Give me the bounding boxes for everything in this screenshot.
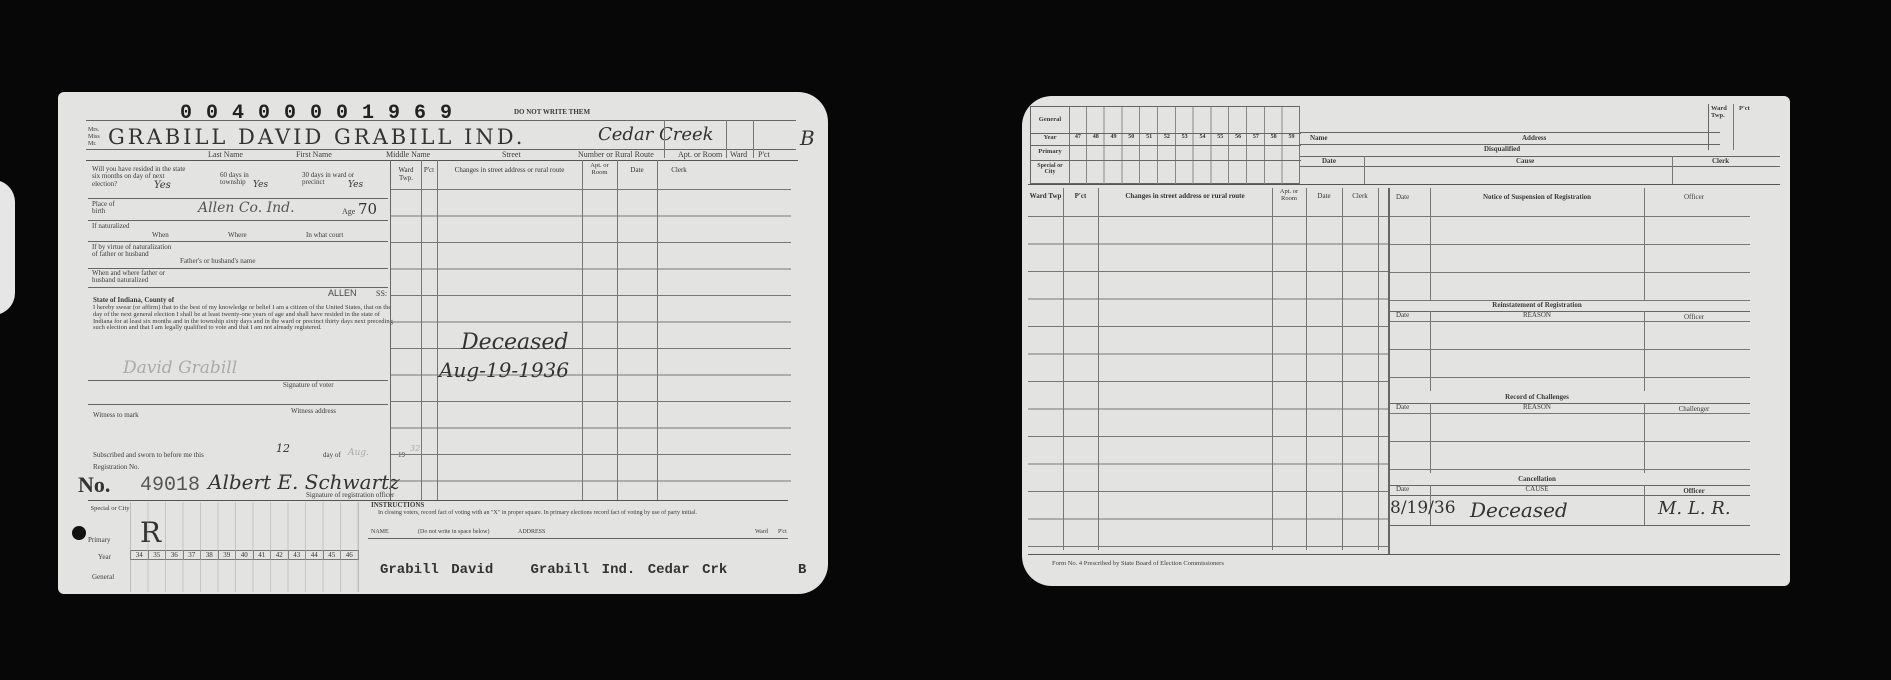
cancellation-officer: M. L. R. — [1658, 498, 1731, 519]
cancellation-cause: Deceased — [1470, 498, 1568, 522]
table-rows — [391, 189, 791, 500]
changes-table-left: Ward Twp. P'ct Changes in street address… — [390, 160, 800, 500]
label-disq-date: Date — [1322, 158, 1336, 165]
suspension-officer-label: Officer — [1644, 194, 1744, 201]
typed-index: Grabill David Grabill Ind. Cedar Crk — [380, 562, 727, 578]
col-ward: Ward Twp. — [391, 166, 421, 182]
father-name-label: Father's or husband's name — [180, 258, 255, 265]
row-label-general: General — [1033, 117, 1067, 124]
row-label-special: Special or City — [1033, 163, 1067, 176]
reinstatement-date-label: Date — [1396, 312, 1409, 319]
label-pct: P'ct — [758, 151, 770, 159]
label-middle-name: Middle Name — [386, 151, 430, 159]
officer-signature-label: Signature of registration officer — [306, 492, 394, 499]
ward-days-answer: Yes — [348, 180, 363, 190]
film-artifact — [0, 180, 15, 315]
deceased-note: Deceased — [461, 330, 569, 355]
father-naturalization-label: If by virtue of naturalization of father… — [92, 244, 172, 259]
label-last-name: Last Name — [208, 151, 243, 159]
voting-grid-lines — [130, 502, 359, 592]
subscribed-text: Subscribed and sworn to before me this — [93, 452, 204, 459]
label-apt: Apt. or Room — [678, 151, 722, 159]
birth-place: Allen Co. Ind. — [198, 200, 295, 216]
suspension-date-label: Date — [1396, 194, 1409, 201]
reinstatement-title: Reinstatement of Registration — [1430, 302, 1644, 309]
naturalized-when: When — [152, 232, 169, 239]
residence-question: Will you have resided in the state six m… — [92, 166, 187, 188]
col-date: Date — [617, 166, 657, 174]
ward-box: Ward Twp. P'ct — [1708, 104, 1760, 150]
row-label-general: General — [92, 574, 114, 581]
affidavit-text: I hereby swear (or affirm) that to the b… — [93, 305, 393, 332]
deceased-date: Aug-19-1936 — [439, 358, 569, 382]
row-label-year: Year — [98, 554, 111, 561]
label-street: Street — [502, 151, 521, 159]
naturalized-court: In what court — [306, 232, 343, 239]
age-label: Age — [342, 208, 355, 216]
cancellation-title: Cancellation — [1430, 476, 1644, 483]
instr-address-label: ADDRESS — [518, 529, 545, 535]
instr-note: (Do not write in space below) — [418, 529, 489, 535]
col-date: Date — [1306, 192, 1342, 200]
witness-address-label: Witness address — [291, 408, 336, 415]
registration-card-back: General Year Primary Special or City 47 … — [1022, 96, 1790, 586]
number-label: No. — [78, 472, 110, 498]
voter-name: GRABILL DAVID GRABILL IND. — [108, 125, 525, 149]
cancellation-date-label: Date — [1396, 486, 1409, 493]
street-address: Cedar Creek — [598, 124, 714, 145]
label-number: Number or Rural Route — [578, 151, 654, 159]
reinstatement-reason-label: REASON — [1430, 312, 1644, 319]
status-panel: Date Notice of Suspension of Registratio… — [1390, 188, 1780, 554]
col-changes: Changes in street address or rural route — [1098, 192, 1272, 200]
county-name: ALLEN — [328, 288, 357, 298]
residence-answer: Yes — [154, 180, 171, 191]
label-ward: Ward — [730, 151, 747, 159]
serial-number: 0 0 4 0 0 0 0 1 9 6 9 — [180, 102, 453, 125]
instr-pct-label: P'ct — [778, 529, 787, 535]
label-disqualified: Disqualified — [1484, 146, 1520, 153]
father-when-where: When and where father or husband natural… — [92, 270, 182, 285]
subscribed-month: Aug. — [348, 448, 369, 458]
birth-label: Place of birth — [92, 201, 126, 216]
row-label-primary: Primary — [88, 537, 111, 544]
voter-signature: David Grabill — [123, 358, 237, 378]
challenges-reason-label: REASON — [1430, 404, 1644, 411]
ward-precinct: B — [800, 126, 815, 150]
registration-number: 49018 — [140, 474, 200, 497]
header-notice: DO NOT WRITE THEM — [514, 109, 590, 116]
registration-label: Registration No. — [93, 464, 139, 471]
salutation-options: Mrs. Miss Mr. — [88, 127, 100, 149]
cancellation-date: 8/19/36 — [1390, 498, 1456, 518]
witness-mark-label: Witness to mark — [93, 412, 139, 419]
punch-hole — [72, 526, 86, 540]
ss-label: SS: — [376, 290, 387, 298]
registration-card-front: 0 0 4 0 0 0 0 1 9 6 9 DO NOT WRITE THEM … — [58, 92, 828, 594]
col-pct: P'ct — [421, 166, 437, 174]
typed-pct: B — [798, 562, 806, 578]
row-label-special: Special or City — [90, 506, 130, 513]
suspension-title: Notice of Suspension of Registration — [1430, 194, 1644, 201]
label-name: Name — [1310, 135, 1328, 142]
col-clerk: Clerk — [657, 166, 701, 174]
label-first-name: First Name — [296, 151, 332, 159]
col-pct: P'ct — [1063, 192, 1098, 200]
label-cause: Cause — [1516, 158, 1534, 165]
instr-ward-label: Ward — [755, 529, 768, 535]
instr-name-label: NAME — [371, 529, 389, 535]
naturalized-where: Where — [228, 232, 247, 239]
col-changes: Changes in street address or rural route — [437, 166, 582, 174]
instructions-text: In closing voters, record fact of voting… — [378, 510, 778, 516]
day-of-label: day of — [323, 452, 341, 459]
col-clerk: Clerk — [1342, 192, 1378, 200]
age-value: 70 — [358, 200, 377, 218]
form-footer: Form No. 4 Prescribed by State Board of … — [1052, 561, 1224, 568]
naturalized-label: If naturalized — [92, 223, 130, 230]
col-apt: Apt. or Room — [582, 162, 617, 176]
col-ward: Ward Twp — [1028, 192, 1063, 200]
signature-label: Signature of voter — [283, 382, 334, 389]
row-label-primary: Primary — [1033, 149, 1067, 156]
table-rows — [1028, 216, 1388, 552]
row-label-year: Year — [1033, 135, 1067, 142]
label-disq-clerk: Clerk — [1712, 158, 1729, 165]
instructions-title: INSTRUCTIONS — [371, 502, 424, 509]
card-edge — [49, 102, 67, 582]
subscribed-day: 12 — [276, 442, 290, 455]
township-answer: Yes — [253, 180, 268, 190]
voting-grid-right: General Year Primary Special or City 47 … — [1030, 106, 1300, 184]
year-row-right: 47 48 49 50 51 52 53 54 55 56 57 58 59 — [1069, 134, 1300, 140]
cancellation-cause-label: CAUSE — [1430, 486, 1644, 493]
col-apt: Apt. or Room — [1272, 188, 1306, 202]
label-address: Address — [1522, 135, 1546, 142]
challenges-date-label: Date — [1396, 404, 1409, 411]
card-edge — [1781, 106, 1799, 576]
challenges-title: Record of Challenges — [1430, 394, 1644, 401]
